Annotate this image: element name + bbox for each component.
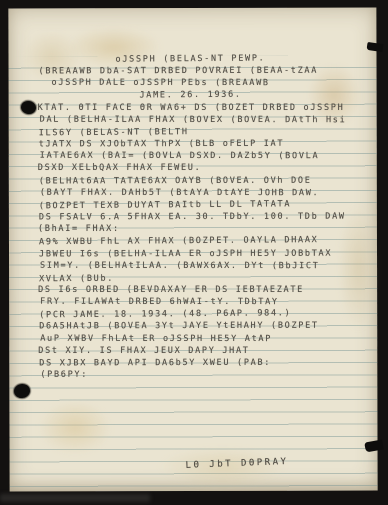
paper-stain xyxy=(37,400,112,455)
edge-mark-bottom-right xyxy=(364,440,383,453)
manuscript-line: JAME. 26. 1936. xyxy=(39,88,371,103)
manuscript-line: (BOZPET TEXB DUYAT BAItb LL DL TATATA xyxy=(39,198,371,213)
manuscript-line: DSXD XELbQAX FHAX FEWEU. xyxy=(38,162,370,174)
manuscript-line: (PB6PY: xyxy=(40,369,372,382)
manuscript-line: (BREAAWB DbA-SAT DRBED POVRAEI (BEAA-tZA… xyxy=(39,65,371,78)
scan-streak xyxy=(0,494,150,502)
manuscript-line: DSt XIY. IS FHAX JEUX DAPY JHAT xyxy=(38,345,370,357)
manuscript-line: DS XJBX BAYD API DA6b5Y XWEU (PAB: xyxy=(39,356,371,369)
manuscript-line: KTAT. ΘTI FACE ΘR WA6+ DS (BOZET DRBED o… xyxy=(38,102,370,114)
manuscript-line: ILS6Y (BELAS-NT (BELTH xyxy=(39,125,371,140)
manuscript-lines: oJSSPH (BELAS-NT PEWP.(BREAAWB DbA-SAT D… xyxy=(38,53,371,382)
manuscript-line: tJATX DS XJObTAX ThPX (BLB oFELP IAT xyxy=(39,138,371,151)
manuscript-line: JBWEU I6s (BELHA-ILAA ER oJSPH HE5Y JOBb… xyxy=(39,247,371,260)
manuscript-line: AuP XWBV FhLAt ER oJSSPH HE5Y AtAP xyxy=(40,332,372,345)
document-page: oJSSPH (BELAS-NT PEWP.(BREAAWB DbA-SAT D… xyxy=(8,8,377,492)
manuscript-line: DS FSALV 6.A 5FHAX EA. 30. TDbY. 100. TD… xyxy=(39,211,371,224)
manuscript-line: (BELHAt6AA TATAE6AX OAYB (BOVEA. OVh DOE xyxy=(39,174,371,187)
photo-background: { "photo": { "background_color": "#13111… xyxy=(0,0,388,505)
manuscript-line: D6A5HAtJB (BOVEA 3Yt JAYE YtEHAHY (BOZPE… xyxy=(39,320,371,333)
manuscript-line: DS I6s ORBED (BEVDAXAY ER DS IEBTAEZATE xyxy=(38,284,370,296)
manuscript-line: oJSSPH (BELAS-NT PEWP. xyxy=(38,52,370,67)
photo-frame: oJSSPH (BELAS-NT PEWP.(BREAAWB DbA-SAT D… xyxy=(0,0,388,505)
manuscript-line: IATAE6AX (BAI= (BOVLA DSXD. DAZb5Y (BOVL… xyxy=(40,150,372,163)
